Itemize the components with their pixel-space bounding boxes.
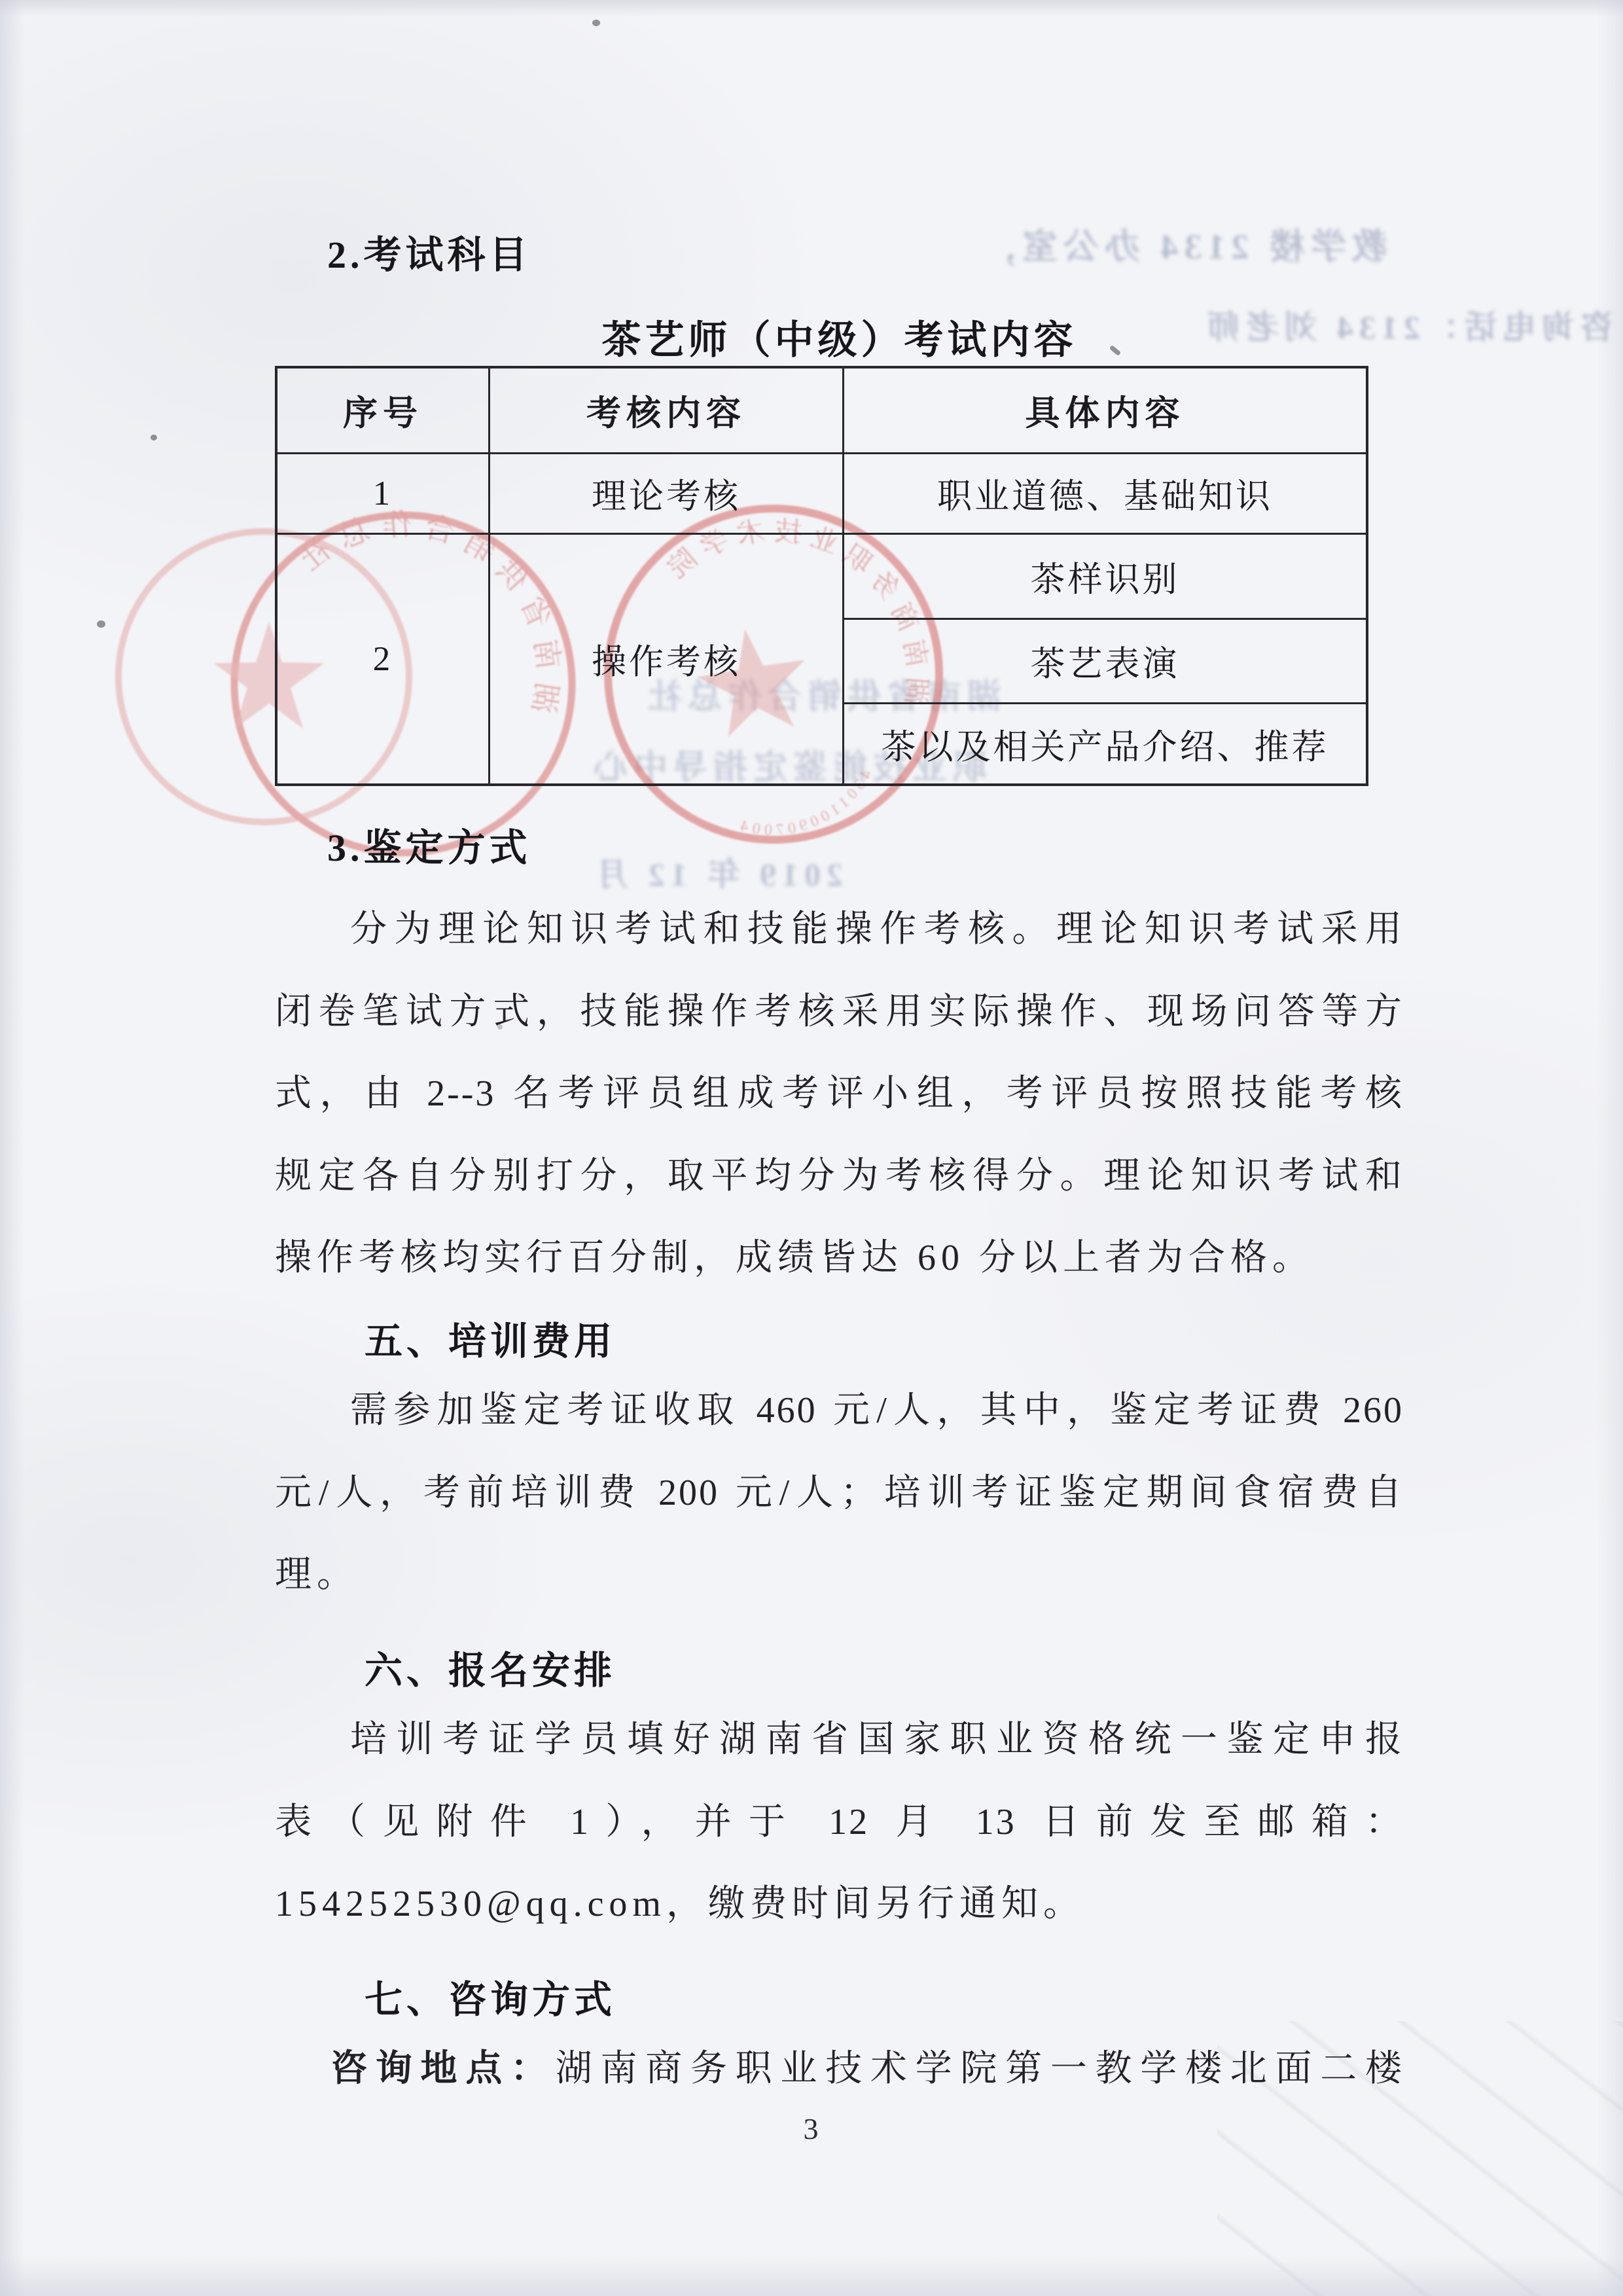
text-line: 式，由 2--3 名考评员组成考评小组，考评员按照技能考核	[275, 1053, 1404, 1136]
text-line: 154252530@qq.com，缴费时间另行通知。	[275, 1863, 1404, 1946]
text-line: 操作考核均实行百分制，成绩皆达 60 分以上者为合格。	[275, 1217, 1404, 1300]
table-header-details: 具体内容	[844, 368, 1366, 452]
section-6-heading: 六、报名安排	[365, 1640, 616, 1695]
table-cell-row2-detail-1: 茶样识别	[844, 535, 1366, 618]
consult-location-label: 咨询地点：	[330, 2049, 556, 2089]
section-7-paragraph: 咨询地点：湖南商务职业技术学院第一教学楼北面二楼	[275, 2028, 1404, 2111]
table-header-category: 考核内容	[490, 368, 842, 452]
section-3-heading: 3.鉴定方式	[327, 817, 531, 872]
document-content: 2.考试科目 茶艺师（中级）考试内容 序号 考核内容 具体内容 1 理论考核 职…	[0, 0, 1623, 2296]
text-line: 咨询地点：湖南商务职业技术学院第一教学楼北面二楼	[275, 2028, 1404, 2111]
section-3-paragraph: 分为理论知识考试和技能操作考核。理论知识考试采用闭卷笔试方式，技能操作考核采用实…	[275, 889, 1404, 1300]
text-line: 闭卷笔试方式，技能操作考核采用实际操作、现场问答等方	[275, 971, 1404, 1054]
table-cell-row1-category: 理论考核	[490, 454, 842, 533]
consult-location-value: 湖南商务职业技术学院第一教学楼北面二楼	[556, 2049, 1404, 2089]
text-line: 规定各自分别打分，取平均分为考核得分。理论知识考试和	[275, 1136, 1404, 1218]
section-7-heading: 七、咨询方式	[365, 1969, 616, 2024]
table-title: 茶艺师（中级）考试内容	[275, 309, 1404, 365]
section-6-paragraph: 培训考证学员填好湖南省国家职业资格统一鉴定申报表（见附件 1），并于 12 月 …	[275, 1699, 1404, 1946]
table-cell-row2-detail-2: 茶艺表演	[844, 620, 1366, 702]
page-number: 3	[0, 2111, 1623, 2146]
section-2-heading: 2.考试科目	[327, 224, 531, 279]
section-5-heading: 五、培训费用	[365, 1310, 616, 1365]
table-cell-row2-no: 2	[277, 535, 488, 783]
scanned-document-page: 教学楼 2134 办公室， 咨询电话：2134 刘老师 湖南省供销合作总社 职业…	[0, 0, 1623, 2296]
section-5-paragraph: 需参加鉴定考证收取 460 元/人，其中，鉴定考证费 260元/人，考前培训费 …	[275, 1370, 1404, 1617]
table-cell-row1-no: 1	[277, 454, 488, 533]
text-line: 元/人，考前培训费 200 元/人；培训考证鉴定期间食宿费自	[275, 1452, 1404, 1535]
table-cell-row2-detail-3: 茶以及相关产品介绍、推荐	[844, 704, 1366, 783]
text-line: 分为理论知识考试和技能操作考核。理论知识考试采用	[275, 889, 1404, 971]
table-cell-row2-category: 操作考核	[490, 535, 842, 783]
text-line: 理。	[275, 1534, 1404, 1617]
text-line: 需参加鉴定考证收取 460 元/人，其中，鉴定考证费 260	[275, 1370, 1404, 1452]
exam-content-table: 序号 考核内容 具体内容 1 理论考核 职业道德、基础知识 2 操作考核 茶样识…	[275, 366, 1368, 786]
table-header-no: 序号	[277, 368, 488, 452]
text-line: 培训考证学员填好湖南省国家职业资格统一鉴定申报	[275, 1699, 1404, 1782]
table-cell-row1-detail: 职业道德、基础知识	[844, 454, 1366, 533]
text-line: 表（见附件 1），并于 12 月 13 日前发至邮箱：	[275, 1782, 1404, 1864]
